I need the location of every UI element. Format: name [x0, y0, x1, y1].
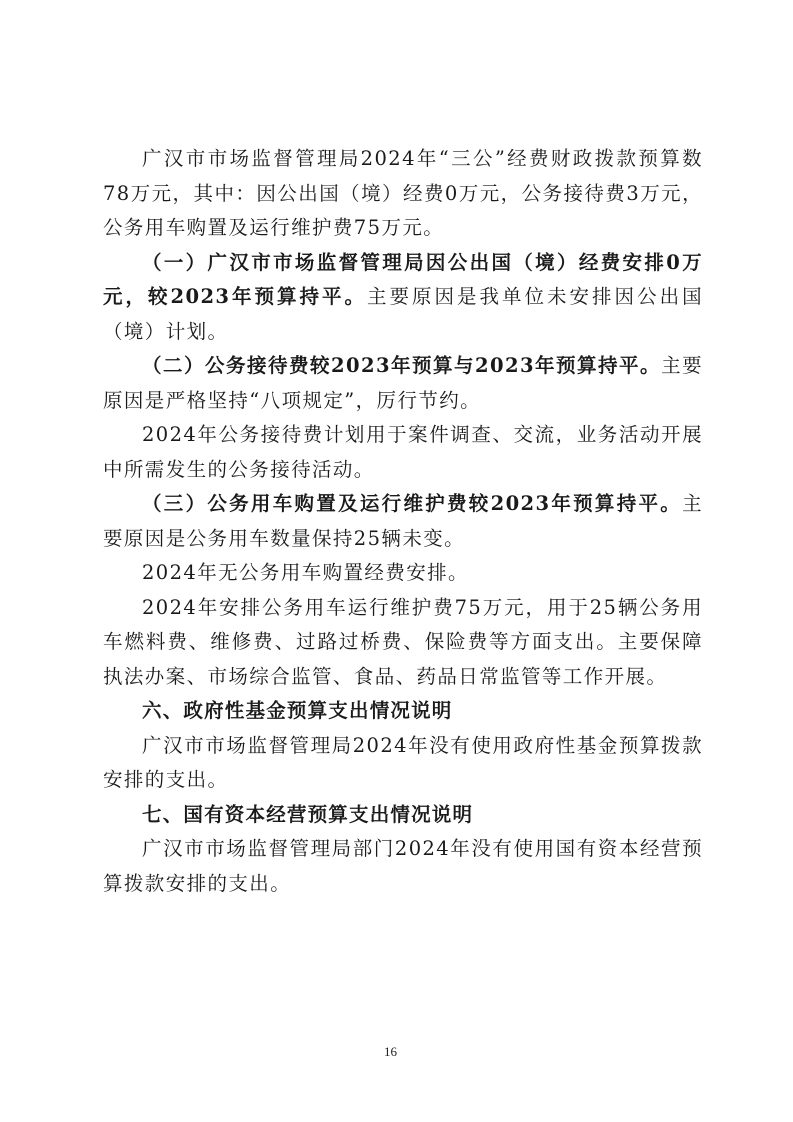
paragraph-text: 广汉市市场监督管理局2024年没有使用政府性基金预算拨款安排的支出。: [103, 734, 703, 792]
paragraph-vehicle-maintenance: 2024年安排公务用车运行维护费75万元，用于25辆公务用车燃料费、维修费、过路…: [103, 591, 703, 695]
paragraph-vehicle-purchase: 2024年无公务用车购置经费安排。: [103, 556, 703, 591]
subheading-reception: （二）公务接待费较2023年预算与2023年预算持平。: [142, 354, 661, 377]
document-body: 广汉市市场监督管理局2024年“三公”经费财政拨款预算数78万元，其中：因公出国…: [103, 142, 703, 901]
paragraph-text: 2024年公务接待费计划用于案件调查、交流，业务活动开展中所需发生的公务接待活动…: [103, 423, 703, 481]
section-heading-government-fund: 六、政府性基金预算支出情况说明: [103, 694, 703, 729]
page-number: 16: [384, 1044, 397, 1060]
paragraph-state-capital: 广汉市市场监督管理局部门2024年没有使用国有资本经营预算拨款安排的支出。: [103, 832, 703, 901]
subheading-vehicles: （三）公务用车购置及运行维护费较2023年预算持平。: [142, 492, 682, 515]
paragraph-three-public-summary: 广汉市市场监督管理局2024年“三公”经费财政拨款预算数78万元，其中：因公出国…: [103, 142, 703, 246]
paragraph-vehicles: （三）公务用车购置及运行维护费较2023年预算持平。主要原因是公务用车数量保持2…: [103, 487, 703, 556]
paragraph-text: 2024年安排公务用车运行维护费75万元，用于25辆公务用车燃料费、维修费、过路…: [103, 596, 703, 688]
paragraph-text: 广汉市市场监督管理局部门2024年没有使用国有资本经营预算拨款安排的支出。: [103, 837, 703, 895]
paragraph-text: 2024年无公务用车购置经费安排。: [142, 561, 469, 584]
paragraph-reception: （二）公务接待费较2023年预算与2023年预算持平。主要原因是严格坚持“八项规…: [103, 349, 703, 418]
paragraph-reception-plan: 2024年公务接待费计划用于案件调查、交流，业务活动开展中所需发生的公务接待活动…: [103, 418, 703, 487]
paragraph-overseas-travel: （一）广汉市市场监督管理局因公出国（境）经费安排0万元，较2023年预算持平。主…: [103, 246, 703, 350]
paragraph-text: 广汉市市场监督管理局2024年“三公”经费财政拨款预算数78万元，其中：因公出国…: [103, 147, 703, 239]
paragraph-government-fund: 广汉市市场监督管理局2024年没有使用政府性基金预算拨款安排的支出。: [103, 729, 703, 798]
section-heading-state-capital: 七、国有资本经营预算支出情况说明: [103, 798, 703, 833]
